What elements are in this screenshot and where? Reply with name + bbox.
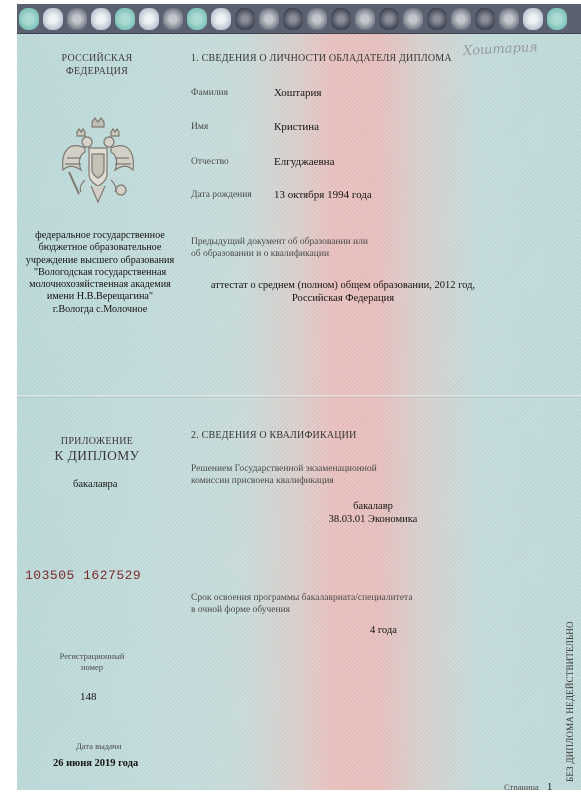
label-line: в очной форме обучения <box>191 605 413 617</box>
surname-label: Фамилия <box>191 88 228 98</box>
qualification-title: бакалавр <box>293 500 453 513</box>
ornament-icon <box>43 8 63 30</box>
label-line: номер <box>37 662 147 673</box>
value-line: Российская Федерация <box>193 293 493 306</box>
ornament-icon <box>283 8 303 30</box>
country-name: РОССИЙСКАЯ ФЕДЕРАЦИЯ <box>47 52 147 78</box>
label-line: об образовании и о квалификации <box>191 249 368 261</box>
label-line: комиссии присвоена квалификация <box>191 476 377 488</box>
patronymic-label: Отчество <box>191 157 229 167</box>
surname-value: Хоштария <box>274 87 322 99</box>
section-title-qualification: 2. СВЕДЕНИЯ О КВАЛИФИКАЦИИ <box>191 430 357 441</box>
birth-date-value: 13 октября 1994 года <box>274 189 372 201</box>
ornament-icon <box>379 8 399 30</box>
patronymic-value: Елгуджаевна <box>274 156 334 168</box>
institution-line: бюджетное образовательное <box>21 242 179 254</box>
institution-line: учреждение высшего образования <box>21 255 179 267</box>
institution-line: молочнохозяйственная академия <box>21 279 179 291</box>
institution-line: федеральное государственное <box>21 230 179 242</box>
first-name-label: Имя <box>191 122 208 132</box>
ornament-icon <box>307 8 327 30</box>
registration-label: Регистрационный номер <box>37 651 147 673</box>
ornament-icon <box>91 8 111 30</box>
qualification-program: 38.03.01 Экономика <box>293 513 453 526</box>
registration-number: 148 <box>80 691 97 703</box>
degree-level: бакалавра <box>73 479 117 490</box>
country-line: РОССИЙСКАЯ <box>47 52 147 65</box>
previous-document-label: Предыдущий документ об образовании или о… <box>191 237 368 260</box>
ornament-icon <box>19 8 39 30</box>
birth-date-label: Дата рождения <box>191 190 252 200</box>
security-pattern-band <box>17 4 581 34</box>
ornament-icon <box>547 8 567 30</box>
validity-notice: БЕЗ ДИПЛОМА НЕДЕЙСТВИТЕЛЬНО <box>565 621 575 782</box>
study-duration-value: 4 года <box>370 625 397 636</box>
ornament-icon <box>331 8 351 30</box>
label-line: Решением Государственной экзаменационной <box>191 464 377 476</box>
qualification-decision-label: Решением Государственной экзаменационной… <box>191 464 377 487</box>
institution-line: "Вологодская государственная <box>21 267 179 279</box>
title-line: К ДИПЛОМУ <box>37 448 157 464</box>
ornament-icon <box>475 8 495 30</box>
label-line: Предыдущий документ об образовании или <box>191 237 368 249</box>
title-line: ПРИЛОЖЕНИЕ <box>37 436 157 447</box>
qualification-value: бакалавр 38.03.01 Экономика <box>293 500 453 526</box>
study-duration-label: Срок освоения программы бакалавриата/спе… <box>191 593 413 616</box>
institution-line: г.Вологда с.Молочное <box>21 304 179 316</box>
diploma-supplement-page: РОССИЙСКАЯ ФЕДЕРАЦИЯ федерал <box>17 4 581 790</box>
value-line: аттестат о среднем (полном) общем образо… <box>193 280 493 293</box>
ornament-icon <box>115 8 135 30</box>
serial-number: 103505 1627529 <box>25 568 141 583</box>
ornament-icon <box>451 8 471 30</box>
first-name-value: Кристина <box>274 121 319 133</box>
page-indicator: Страница 1 <box>504 777 552 790</box>
label-line: Срок освоения программы бакалавриата/спе… <box>191 593 413 605</box>
coat-of-arms-icon <box>55 114 141 210</box>
label-line: Регистрационный <box>37 651 147 662</box>
ornament-icon <box>235 8 255 30</box>
ornament-icon <box>259 8 279 30</box>
ornament-icon <box>211 8 231 30</box>
institution-line: имени Н.В.Верещагина" <box>21 291 179 303</box>
issue-date-label: Дата выдачи <box>76 741 121 751</box>
ornament-icon <box>427 8 447 30</box>
ornament-icon <box>163 8 183 30</box>
ornament-icon <box>67 8 87 30</box>
ornament-icon <box>355 8 375 30</box>
supplement-title: ПРИЛОЖЕНИЕ К ДИПЛОМУ <box>37 436 157 464</box>
ornament-icon <box>403 8 423 30</box>
ornament-icon <box>523 8 543 30</box>
issue-date: 26 июня 2019 года <box>53 758 138 769</box>
ornament-icon <box>499 8 519 30</box>
ornament-icon <box>187 8 207 30</box>
paper-fold <box>17 395 581 398</box>
previous-document-value: аттестат о среднем (полном) общем образо… <box>193 280 493 305</box>
institution-name: федеральное государственное бюджетное об… <box>21 230 179 316</box>
ornament-icon <box>139 8 159 30</box>
section-title-personal: 1. СВЕДЕНИЯ О ЛИЧНОСТИ ОБЛАДАТЕЛЯ ДИПЛОМ… <box>191 53 452 64</box>
country-line: ФЕДЕРАЦИЯ <box>47 65 147 78</box>
page-number: 1 <box>547 781 553 790</box>
handwritten-annotation: Хоштария <box>463 40 538 59</box>
page-label: Страница <box>504 782 539 790</box>
